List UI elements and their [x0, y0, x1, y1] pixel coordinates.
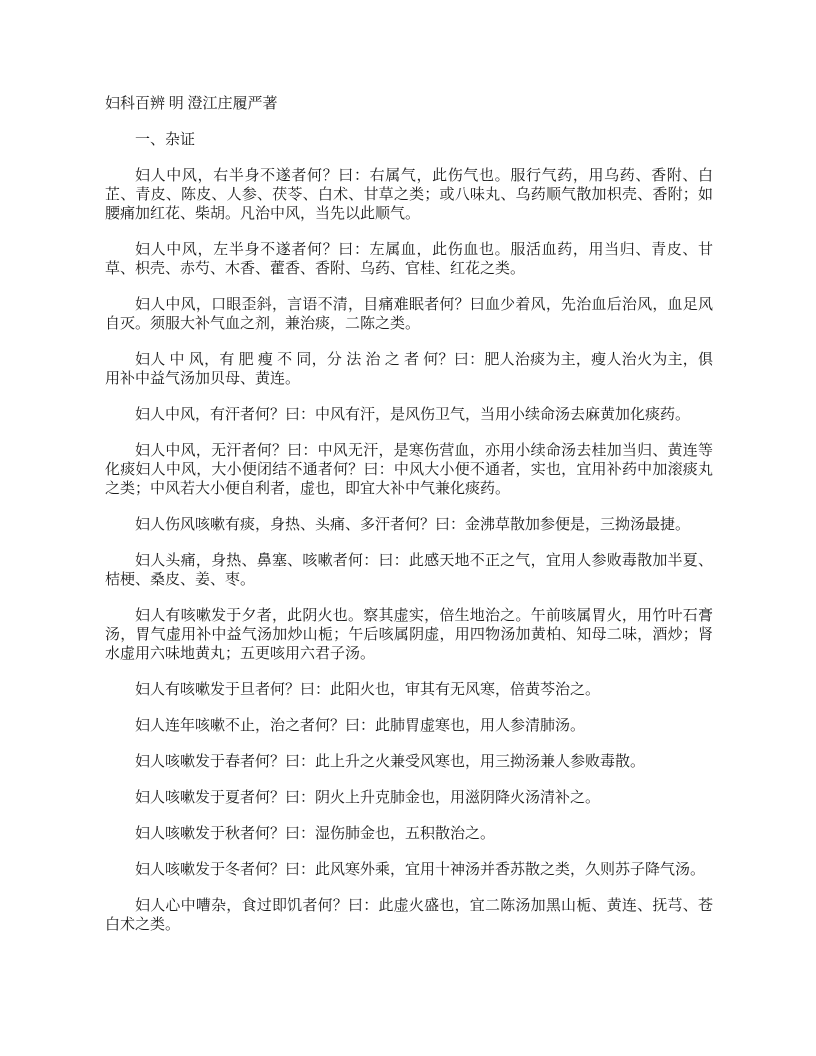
paragraph-16: 妇人心中嘈杂，食过即饥者何？曰：此虚火盛也，宜二陈汤加黑山栀、黄连、抚芎、苍白术…	[105, 897, 713, 935]
paragraph-10: 妇人有咳嗽发于旦者何？曰：此阳火也，审其有无风寒，倍黄芩治之。	[105, 681, 713, 700]
paragraph-2: 妇人中风，左半身不遂者何？曰：左属血，此伤血也。服活血药，用当归、青皮、甘草、枳…	[105, 241, 713, 279]
paragraph-7: 妇人伤风咳嗽有痰，身热、头痛、多汗者何？曰：金沸草散加参便是，三拗汤最捷。	[105, 516, 713, 535]
paragraph-9: 妇人有咳嗽发于夕者，此阴火也。察其虚实，倍生地治之。午前咳属胃火，用竹叶石膏汤，…	[105, 607, 713, 664]
paragraph-5: 妇人中风，有汗者何？曰：中风有汗，是风伤卫气，当用小续命汤去麻黄加化痰药。	[105, 406, 713, 425]
paragraph-12: 妇人咳嗽发于春者何？曰：此上升之火兼受风寒也，用三拗汤兼人参败毒散。	[105, 753, 713, 772]
paragraph-15: 妇人咳嗽发于冬者何？曰：此风寒外乘，宜用十神汤并香苏散之类，久则苏子降气汤。	[105, 861, 713, 880]
paragraph-8: 妇人头痛，身热、鼻塞、咳嗽者何：曰：此感天地不正之气，宜用人参败毒散加半夏、桔梗…	[105, 552, 713, 590]
paragraph-13: 妇人咳嗽发于夏者何？曰：阴火上升克肺金也，用滋阴降火汤清补之。	[105, 789, 713, 808]
paragraph-1: 妇人中风，右半身不遂者何？曰：右属气，此伤气也。服行气药，用乌药、香附、白芷、青…	[105, 167, 713, 224]
paragraph-14: 妇人咳嗽发于秋者何？曰：湿伤肺金也，五积散治之。	[105, 825, 713, 844]
paragraph-11: 妇人连年咳嗽不止，治之者何？曰：此肺胃虚寒也，用人参清肺汤。	[105, 717, 713, 736]
paragraph-6: 妇人中风，无汗者何？曰：中风无汗，是寒伤营血，亦用小续命汤去桂加当归、黄连等化痰…	[105, 442, 713, 499]
paragraph-4: 妇人 中 风，有 肥 瘦 不 同，分 法 治 之 者 何？曰：肥人治痰为主，瘦人…	[105, 351, 713, 389]
document-page: 妇科百辨 明 澄江庄履严著 一、杂证 妇人中风，右半身不遂者何？曰：右属气，此伤…	[0, 0, 816, 1056]
document-title: 妇科百辨 明 澄江庄履严著	[105, 95, 713, 114]
paragraphs-container: 妇人中风，右半身不遂者何？曰：右属气，此伤气也。服行气药，用乌药、香附、白芷、青…	[105, 167, 713, 935]
section-heading: 一、杂证	[105, 131, 713, 150]
paragraph-3: 妇人中风，口眼歪斜，言语不清，目痛难眠者何？曰血少着风，先治血后治风，血足风自灭…	[105, 296, 713, 334]
